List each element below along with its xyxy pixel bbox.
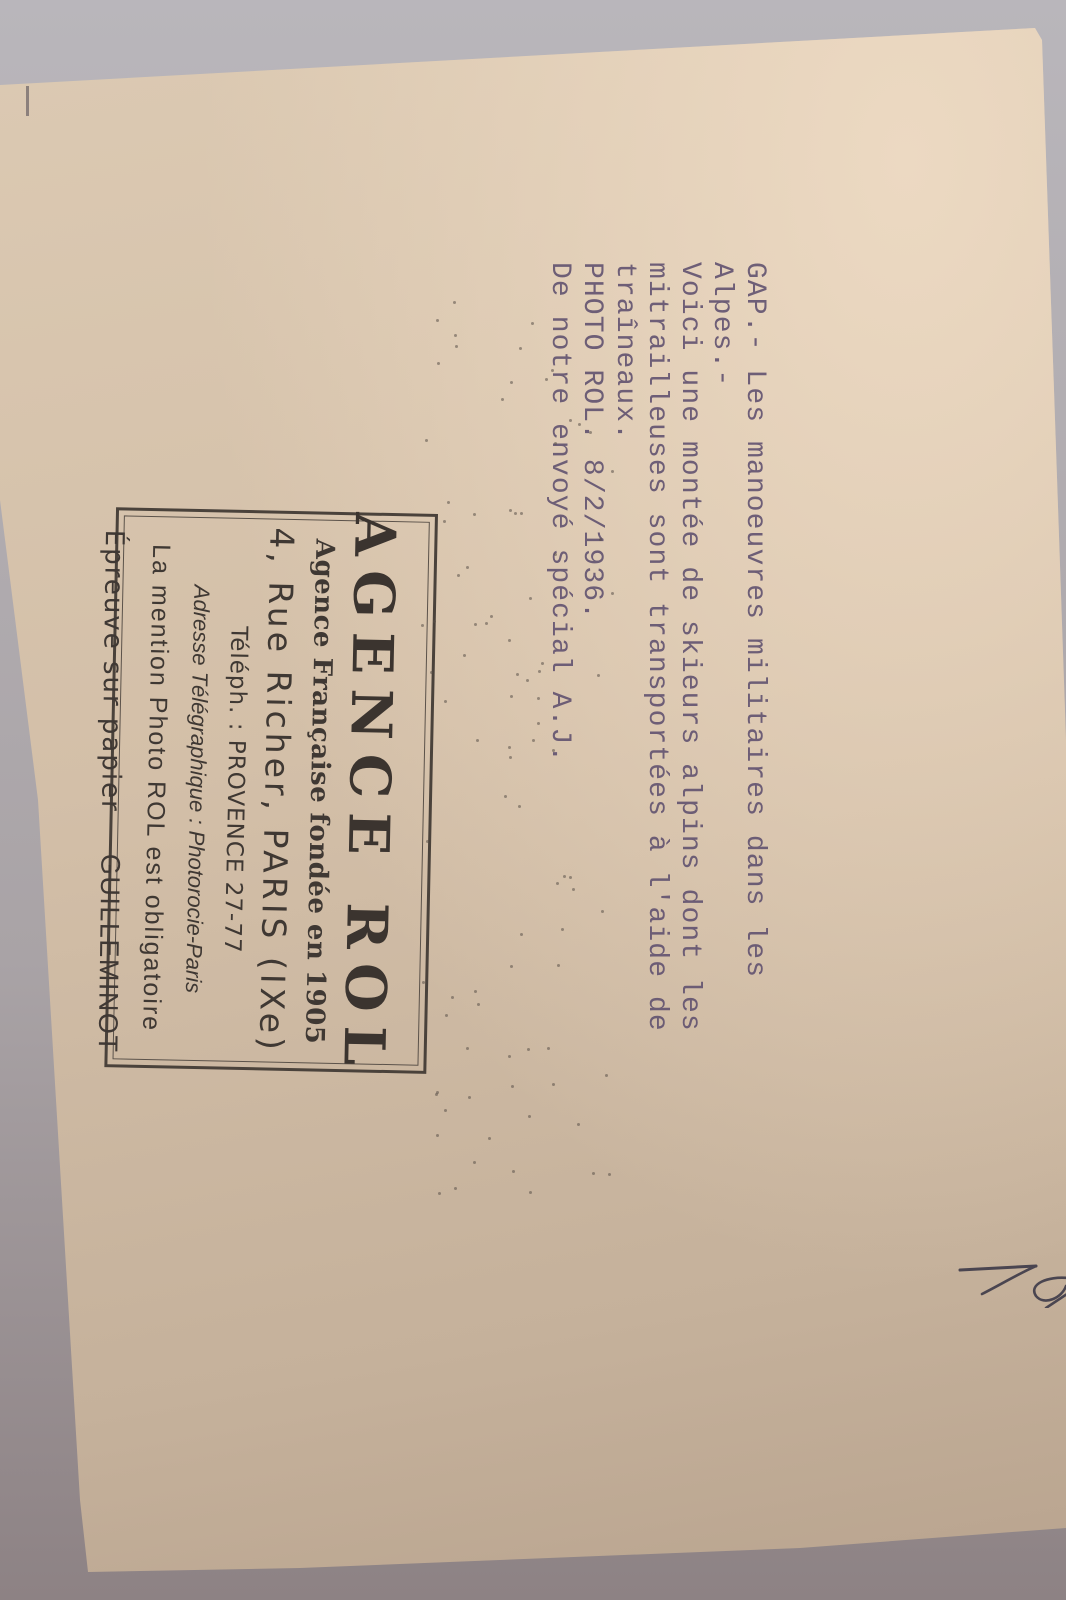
ink-speck [430, 671, 433, 674]
ink-speck [477, 1003, 480, 1006]
paper-note-brand: GUILLEMINOT [93, 854, 126, 1054]
caption-line: traîneaux. [608, 262, 641, 1032]
ink-speck [474, 990, 477, 993]
ink-speck [529, 597, 532, 600]
caption-line: GAP.- Les manoeuvres militaires dans les [738, 262, 771, 1032]
ink-speck [528, 1115, 531, 1118]
ink-speck [509, 509, 512, 512]
ink-speck [510, 695, 513, 698]
ink-speck [473, 513, 476, 516]
ink-speck [463, 654, 466, 657]
ink-speck [592, 1172, 595, 1175]
caption-line: PHOTO ROL. 8/2/1936. [575, 262, 608, 1032]
ink-speck [532, 739, 535, 742]
typed-caption: GAP.- Les manoeuvres militaires dans les… [543, 262, 771, 1032]
ink-speck [473, 1161, 476, 1164]
ink-speck [509, 756, 512, 759]
ink-speck [454, 334, 457, 337]
ink-speck [512, 1170, 515, 1173]
ink-speck [474, 623, 477, 626]
ink-speck [510, 965, 513, 968]
ink-speck [508, 1055, 511, 1058]
agency-stamp: AGENCE ROL Agence Française fondée en 19… [104, 507, 438, 1074]
ink-speck [435, 1093, 438, 1096]
ink-speck [468, 1096, 471, 1099]
ink-speck [490, 615, 493, 618]
paper-note-prefix: Épreuve sur papier [95, 530, 129, 813]
ink-speck [589, 431, 592, 434]
ink-speck [519, 347, 522, 350]
pencil-mark [26, 86, 29, 116]
ink-speck [443, 520, 446, 523]
stamp-title: AGENCE ROL [330, 512, 408, 1073]
ink-speck [454, 1187, 457, 1190]
ink-speck [538, 670, 541, 673]
ink-speck [527, 1048, 530, 1051]
ink-speck [520, 512, 523, 515]
ink-speck [501, 398, 504, 401]
ink-speck [436, 319, 439, 322]
ink-speck [438, 1192, 441, 1195]
ink-speck [451, 996, 454, 999]
ink-speck [547, 1047, 550, 1050]
ink-speck [485, 622, 488, 625]
ink-speck [531, 322, 534, 325]
caption-line: mitrailleuses sont transportées à l'aide… [640, 262, 673, 1032]
ink-speck [422, 981, 425, 984]
caption-line: Voici une montée de skieurs alpins dont … [673, 262, 706, 1032]
ink-speck [577, 1123, 580, 1126]
ink-speck [504, 795, 507, 798]
ink-speck [476, 739, 479, 742]
ink-speck [514, 512, 517, 515]
ink-speck [445, 1014, 448, 1017]
ink-speck [511, 1085, 514, 1088]
ink-speck [437, 362, 440, 365]
ink-speck [572, 888, 575, 891]
ink-speck [466, 1047, 469, 1050]
caption-line: Alpes.- [705, 262, 738, 1032]
ink-speck [552, 1083, 555, 1086]
ink-speck [516, 673, 519, 676]
ink-speck [457, 574, 460, 577]
ink-speck [436, 1134, 439, 1137]
ink-speck [526, 679, 529, 682]
photo-back-paper: GAP.- Les manoeuvres militaires dans les… [0, 0, 1066, 1600]
handwritten-number [958, 1248, 1066, 1308]
ink-speck [520, 933, 523, 936]
ink-speck [529, 1191, 532, 1194]
ink-speck [444, 700, 447, 703]
ink-speck [444, 1109, 447, 1112]
ink-speck [508, 746, 511, 749]
ink-speck [455, 345, 458, 348]
ink-speck [466, 566, 469, 569]
ink-speck [537, 722, 540, 725]
ink-speck [488, 1137, 491, 1140]
ink-speck [508, 639, 511, 642]
ink-speck [569, 419, 572, 422]
ink-speck [545, 378, 548, 381]
ink-speck [537, 697, 540, 700]
ink-speck [433, 620, 436, 623]
ink-speck [541, 662, 544, 665]
ink-speck [608, 1173, 611, 1176]
ink-speck [453, 301, 456, 304]
ink-speck [510, 381, 513, 384]
ink-speck [425, 439, 428, 442]
ink-speck [518, 805, 521, 808]
ink-speck [447, 501, 450, 504]
ink-speck [557, 964, 560, 967]
ink-speck [605, 1074, 608, 1077]
